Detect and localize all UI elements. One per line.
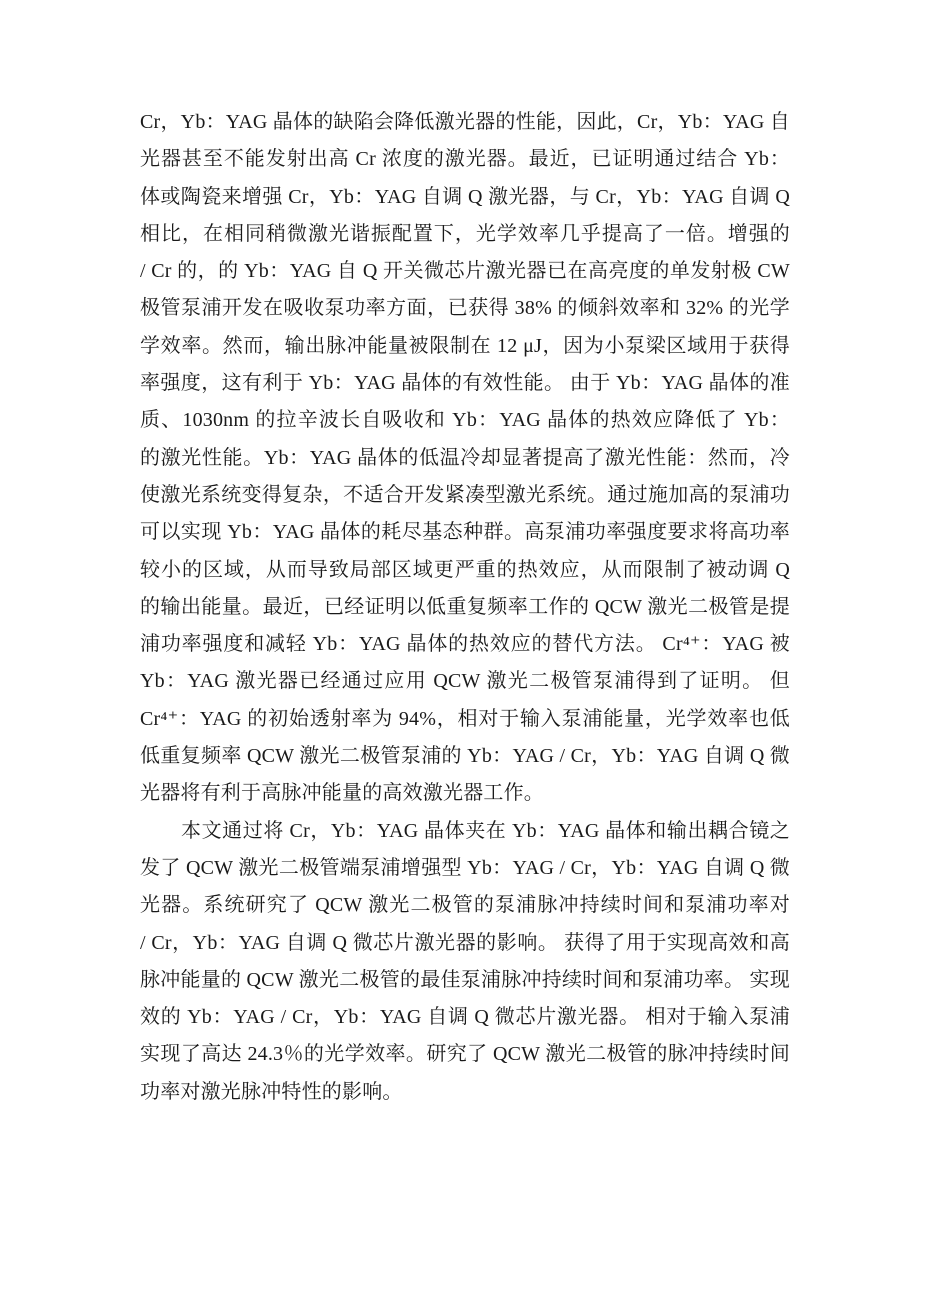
text-line: 本文通过将 Cr，Yb：YAG 晶体夹在 Yb：YAG 晶体和输出耦合镜之间，开	[140, 813, 790, 850]
text-line: / Cr 的，的 Yb：YAG 自 Q 开关微芯片激光器已在高亮度的单发射极 C…	[140, 253, 790, 290]
text-line: 使激光系统变得复杂，不适合开发紧凑型激光系统。通过施加高的泵浦功率强度，	[140, 477, 790, 514]
text-line: 极管泵浦开发在吸收泵功率方面，已获得 38% 的倾斜效率和 32% 的光学到光	[140, 290, 790, 327]
text-line: 发了 QCW 激光二极管端泵浦增强型 Yb：YAG / Cr，Yb：YAG 自调…	[140, 850, 790, 887]
text-line: 较小的区域，从而导致局部区域更严重的热效应，从而限制了被动调 Q 激光器	[140, 552, 790, 589]
text-line: Cr，Yb：YAG 晶体的缺陷会降低激光器的性能，因此，Cr，Yb：YAG 自调…	[140, 104, 790, 141]
text-line: 脉冲能量的 QCW 激光二极管的最佳泵浦脉冲持续时间和泵浦功率。 实现了高	[140, 962, 790, 999]
text-line: 的激光性能。Yb：YAG 晶体的低温冷却显著提高了激光性能：然而，冷却系统	[140, 440, 790, 477]
text-line: 质、1030nm 的拉辛波长自吸收和 Yb：YAG 晶体的热效应降低了 Yb：Y…	[140, 402, 790, 439]
paragraph-1: Cr，Yb：YAG 晶体的缺陷会降低激光器的性能，因此，Cr，Yb：YAG 自调…	[140, 104, 790, 813]
text-line: 相比，在相同稍微激光谐振配置下，光学效率几乎提高了一倍。增强的 Yb：YAG	[140, 216, 790, 253]
text-line: 体或陶瓷来增强 Cr，Yb：YAG 自调 Q 激光器，与 Cr，Yb：YAG 自…	[140, 179, 790, 216]
text-line: 可以实现 Yb：YAG 晶体的耗尽基态种群。高泵浦功率强度要求将高功率集中在	[140, 514, 790, 551]
document-page: Cr，Yb：YAG 晶体的缺陷会降低激光器的性能，因此，Cr，Yb：YAG 自调…	[0, 0, 926, 1309]
text-line: Cr⁴⁺：YAG 的初始透射率为 94%，相对于输入泵浦能量，光学效率也低于 1…	[140, 701, 790, 738]
text-line: 率强度，这有利于 Yb：YAG 晶体的有效性能。 由于 Yb：YAG 晶体的准三…	[140, 365, 790, 402]
text-line: 实现了高达 24.3％的光学效率。研究了 QCW 激光二极管的脉冲持续时间和泵浦	[140, 1036, 790, 1073]
text-line: 低重复频率 QCW 激光二极管泵浦的 Yb：YAG / Cr，Yb：YAG 自调…	[140, 738, 790, 775]
text-line: 的输出能量。最近，已经证明以低重复频率工作的 QCW 激光二极管是提供高泵	[140, 589, 790, 626]
text-line: Yb：YAG 激光器已经通过应用 QCW 激光二极管泵浦得到了证明。 但是，即使	[140, 663, 790, 700]
text-line: 学效率。然而，输出脉冲能量被限制在 12 μJ，因为小泵梁区域用于获得高泵功	[140, 328, 790, 365]
document-body: Cr，Yb：YAG 晶体的缺陷会降低激光器的性能，因此，Cr，Yb：YAG 自调…	[140, 104, 790, 1111]
text-line: 效的 Yb：YAG / Cr，Yb：YAG 自调 Q 微芯片激光器。 相对于输入…	[140, 999, 790, 1036]
text-line: / Cr，Yb：YAG 自调 Q 微芯片激光器的影响。 获得了用于实现高效和高 …	[140, 925, 790, 962]
text-line: 光器。系统研究了 QCW 激光二极管的泵浦脉冲持续时间和泵浦功率对 Yb: YA…	[140, 887, 790, 924]
text-line: 浦功率强度和减轻 Yb：YAG 晶体的热效应的替代方法。 Cr⁴⁺：YAG 被动…	[140, 626, 790, 663]
text-line: 光器甚至不能发射出高 Cr 浓度的激光器。最近，已证明通过结合 Yb：YAG 晶	[140, 141, 790, 178]
text-line: 光器将有利于高脉冲能量的高效激光器工作。	[140, 775, 790, 812]
text-line: 功率对激光脉冲特性的影响。	[140, 1074, 790, 1111]
paragraph-2: 本文通过将 Cr，Yb：YAG 晶体夹在 Yb：YAG 晶体和输出耦合镜之间，开…	[140, 813, 790, 1111]
